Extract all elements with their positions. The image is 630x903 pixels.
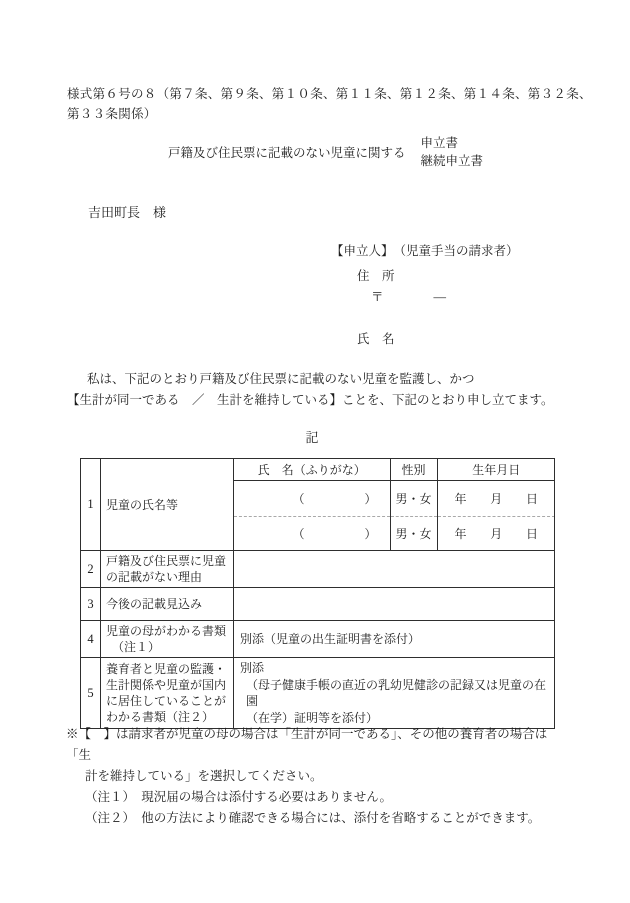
child-info-table: 氏 名（ふりがな） 性別 生年月日 （ ） 男・女 年 [234,459,555,550]
applicant-heading: 【申立人】 （児童手当の請求者） [331,241,519,259]
row3-number: 3 [81,588,101,621]
footnote-1: （注１） 現況届の場合は添付する必要はありません。 [85,787,570,808]
row1-content: 氏 名（ふりがな） 性別 生年月日 （ ） 男・女 年 [234,459,555,551]
row3-content [234,588,555,621]
child2-birth-day: 日 [526,525,538,542]
form-title-prefix: 戸籍及び住民票に記載のない児童に関する [168,143,406,161]
child1-sex-field: 男・女 [390,481,437,517]
footnote-2: （注２） 他の方法により確認できる場合には、添付を省略することができます。 [85,808,570,829]
child1-birth-field: 年 月 日 [437,481,555,517]
child1-birth-day: 日 [526,490,538,507]
child2-name-field: （ ） [234,517,390,551]
form-number-line1: 様式第６号の８（第７条、第９条、第１０条、第１１条、第１２条、第１４条、第３２条… [67,84,592,104]
row1-number: 1 [81,459,101,551]
table-row-2: 2 戸籍及び住民票に児童の記載がない理由 [81,551,555,588]
row4-label: 児童の母がわかる書類 （注１） [101,621,234,658]
applicant-address-label: 住 所 [357,266,519,284]
applicant-block: 【申立人】 （児童手当の請求者） 住 所 〒 ― 氏 名 [331,241,519,347]
row1-label: 児童の氏名等 [101,459,234,551]
row5-content-line1: 別添 [240,660,548,677]
row5-content: 別添 （母子健康手帳の直近の乳幼児健診の記録又は児童の在園 （在学）証明等を添付… [234,658,555,729]
child1-birth-year: 年 [455,490,467,507]
main-table: 1 児童の氏名等 氏 名（ふりがな） 性別 生年月 [80,458,555,729]
child-entry-row-2: （ ） 男・女 年 月 日 [234,517,555,551]
table-row-4: 4 児童の母がわかる書類 （注１） 別添（児童の出生証明書を添付） [81,621,555,658]
child-name-header: 氏 名（ふりがな） [234,459,390,481]
table-row-3: 3 今後の記載見込み [81,588,555,621]
table-row-1: 1 児童の氏名等 氏 名（ふりがな） 性別 生年月 [81,459,555,551]
child-entry-row-1: （ ） 男・女 年 月 日 [234,481,555,517]
row2-content [234,551,555,588]
record-marker: 記 [67,427,557,446]
footnotes: ※【 】は請求者が児童の母の場合は「生計が同一である」、その他の養育者の場合は「… [66,724,570,829]
statement-line1: 私は、下記のとおり戸籍及び住民票に記載のない児童を監護し、かつ [67,369,554,390]
row4-content: 別添（児童の出生証明書を添付） [234,621,555,658]
footnote-main-line2: 計を維持している」を選択してください。 [85,766,570,787]
footnote-main-line1: ※【 】は請求者が児童の母の場合は「生計が同一である」、その他の養育者の場合は「… [66,724,570,766]
row2-number: 2 [81,551,101,588]
child1-name-field: （ ） [234,481,390,517]
addressee: 吉田町長 様 [88,202,166,221]
form-title-doc-type-2: 継続申立書 [421,152,484,170]
applicant-postal-line: 〒 ― [371,287,519,305]
row5-label: 養育者と児童の監護・生計関係や児童が国内に居住していることがわかる書類（注２） [101,658,234,729]
row5-number: 5 [81,658,101,729]
applicant-name-label: 氏 名 [357,329,519,347]
child2-birth-year: 年 [455,525,467,542]
row2-label: 戸籍及び住民票に児童の記載がない理由 [101,551,234,588]
child-sex-header: 性別 [390,459,437,481]
child2-birth-field: 年 月 日 [437,517,555,551]
child1-birth-month: 月 [490,490,502,507]
child-table-header: 氏 名（ふりがな） 性別 生年月日 [234,459,555,481]
statement-line2: 【生計が同一である ／ 生計を維持している】ことを、下記のとおり申し立てます。 [67,390,554,411]
form-number: 様式第６号の８（第７条、第９条、第１０条、第１１条、第１２条、第１４条、第３２条… [67,84,592,124]
child2-sex-field: 男・女 [390,517,437,551]
child2-birth-month: 月 [490,525,502,542]
row3-label: 今後の記載見込み [101,588,234,621]
row4-number: 4 [81,621,101,658]
row5-content-line2: （母子健康手帳の直近の乳幼児健診の記録又は児童の在園 [246,677,548,710]
form-title: 戸籍及び住民票に記載のない児童に関する 申立書 継続申立書 [168,135,483,169]
form-title-doc-types: 申立書 継続申立書 [421,134,484,170]
statement-paragraph: 私は、下記のとおり戸籍及び住民票に記載のない児童を監護し、かつ 【生計が同一であ… [67,369,554,410]
form-title-doc-type-1: 申立書 [421,134,484,152]
form-number-line2: 第３３条関係） [67,104,592,124]
child-birth-header: 生年月日 [437,459,555,481]
form-page: 様式第６号の８（第７条、第９条、第１０条、第１１条、第１２条、第１４条、第３２条… [0,0,630,903]
table-row-5: 5 養育者と児童の監護・生計関係や児童が国内に居住していることがわかる書類（注２… [81,658,555,729]
